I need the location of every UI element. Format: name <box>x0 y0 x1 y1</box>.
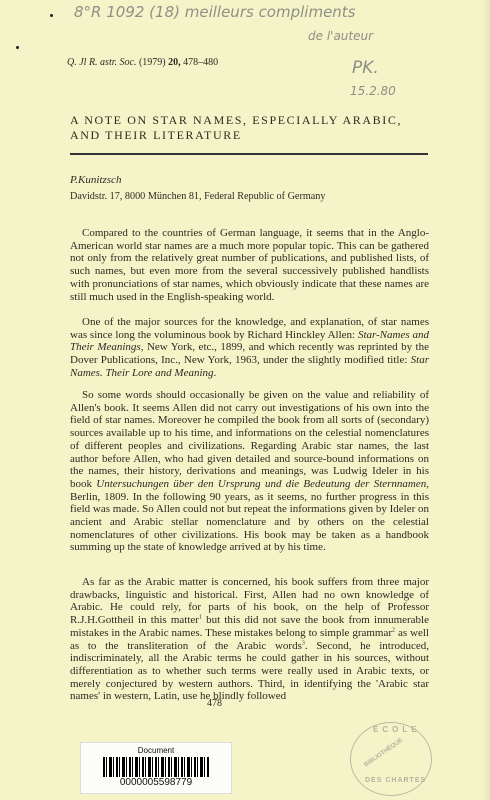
journal-volume: 20, <box>168 57 181 68</box>
journal-pages: 478–480 <box>183 57 218 68</box>
journal-year: (1979) <box>139 57 166 68</box>
paragraph-4: As far as the Arabic matter is concerned… <box>70 576 429 703</box>
stamp-top-text: ECOLE <box>373 725 421 734</box>
stamp-middle-text: BIBLIOTHÈQUE <box>363 738 404 769</box>
paragraph-3: So some words should occasionally be giv… <box>70 389 429 554</box>
page-edge-shadow <box>482 0 490 800</box>
title-line-1: A NOTE ON STAR NAMES, ESPECIALLY ARABIC, <box>70 113 430 128</box>
speck-mark <box>16 46 19 49</box>
page-number: 478 <box>207 698 222 709</box>
barcode-label-title: Document <box>81 746 231 756</box>
barcode-icon <box>103 757 209 777</box>
speck-mark <box>50 14 53 17</box>
article-title: A NOTE ON STAR NAMES, ESPECIALLY ARABIC,… <box>70 113 430 143</box>
barcode-sticker: Document 0000005598779 <box>80 742 232 794</box>
book-title-ideler: Untersuchungen über den Ursprung und die… <box>96 478 426 490</box>
journal-reference: Q. Jl R. astr. Soc. (1979) 20, 478–480 <box>67 57 218 68</box>
stamp-bottom-text: DES CHARTES <box>365 777 426 784</box>
barcode-number: 0000005598779 <box>81 777 231 789</box>
library-stamp: ECOLE BIBLIOTHÈQUE DES CHARTES <box>350 722 432 796</box>
paragraph-2: One of the major sources for the knowled… <box>70 316 429 380</box>
p3-text: So some words should occasionally be giv… <box>70 389 429 490</box>
handwritten-date: 15.2.80 <box>350 84 396 98</box>
handwritten-shelfmark-note: 8°R 1092 (18) meilleurs compliments <box>74 3 356 21</box>
author-name: P.Kunitzsch <box>70 174 121 186</box>
journal-abbrev: Q. Jl R. astr. Soc. <box>67 57 136 68</box>
handwritten-dedication: de l'auteur <box>308 29 373 43</box>
paragraph-1: Compared to the countries of German lang… <box>70 227 429 303</box>
author-address: Davidstr. 17, 8000 München 81, Federal R… <box>70 191 325 202</box>
handwritten-initials: PK. <box>352 58 379 78</box>
title-line-2: AND THEIR LITERATURE <box>70 128 430 143</box>
title-divider <box>70 153 428 155</box>
p2-text: . <box>214 367 217 379</box>
